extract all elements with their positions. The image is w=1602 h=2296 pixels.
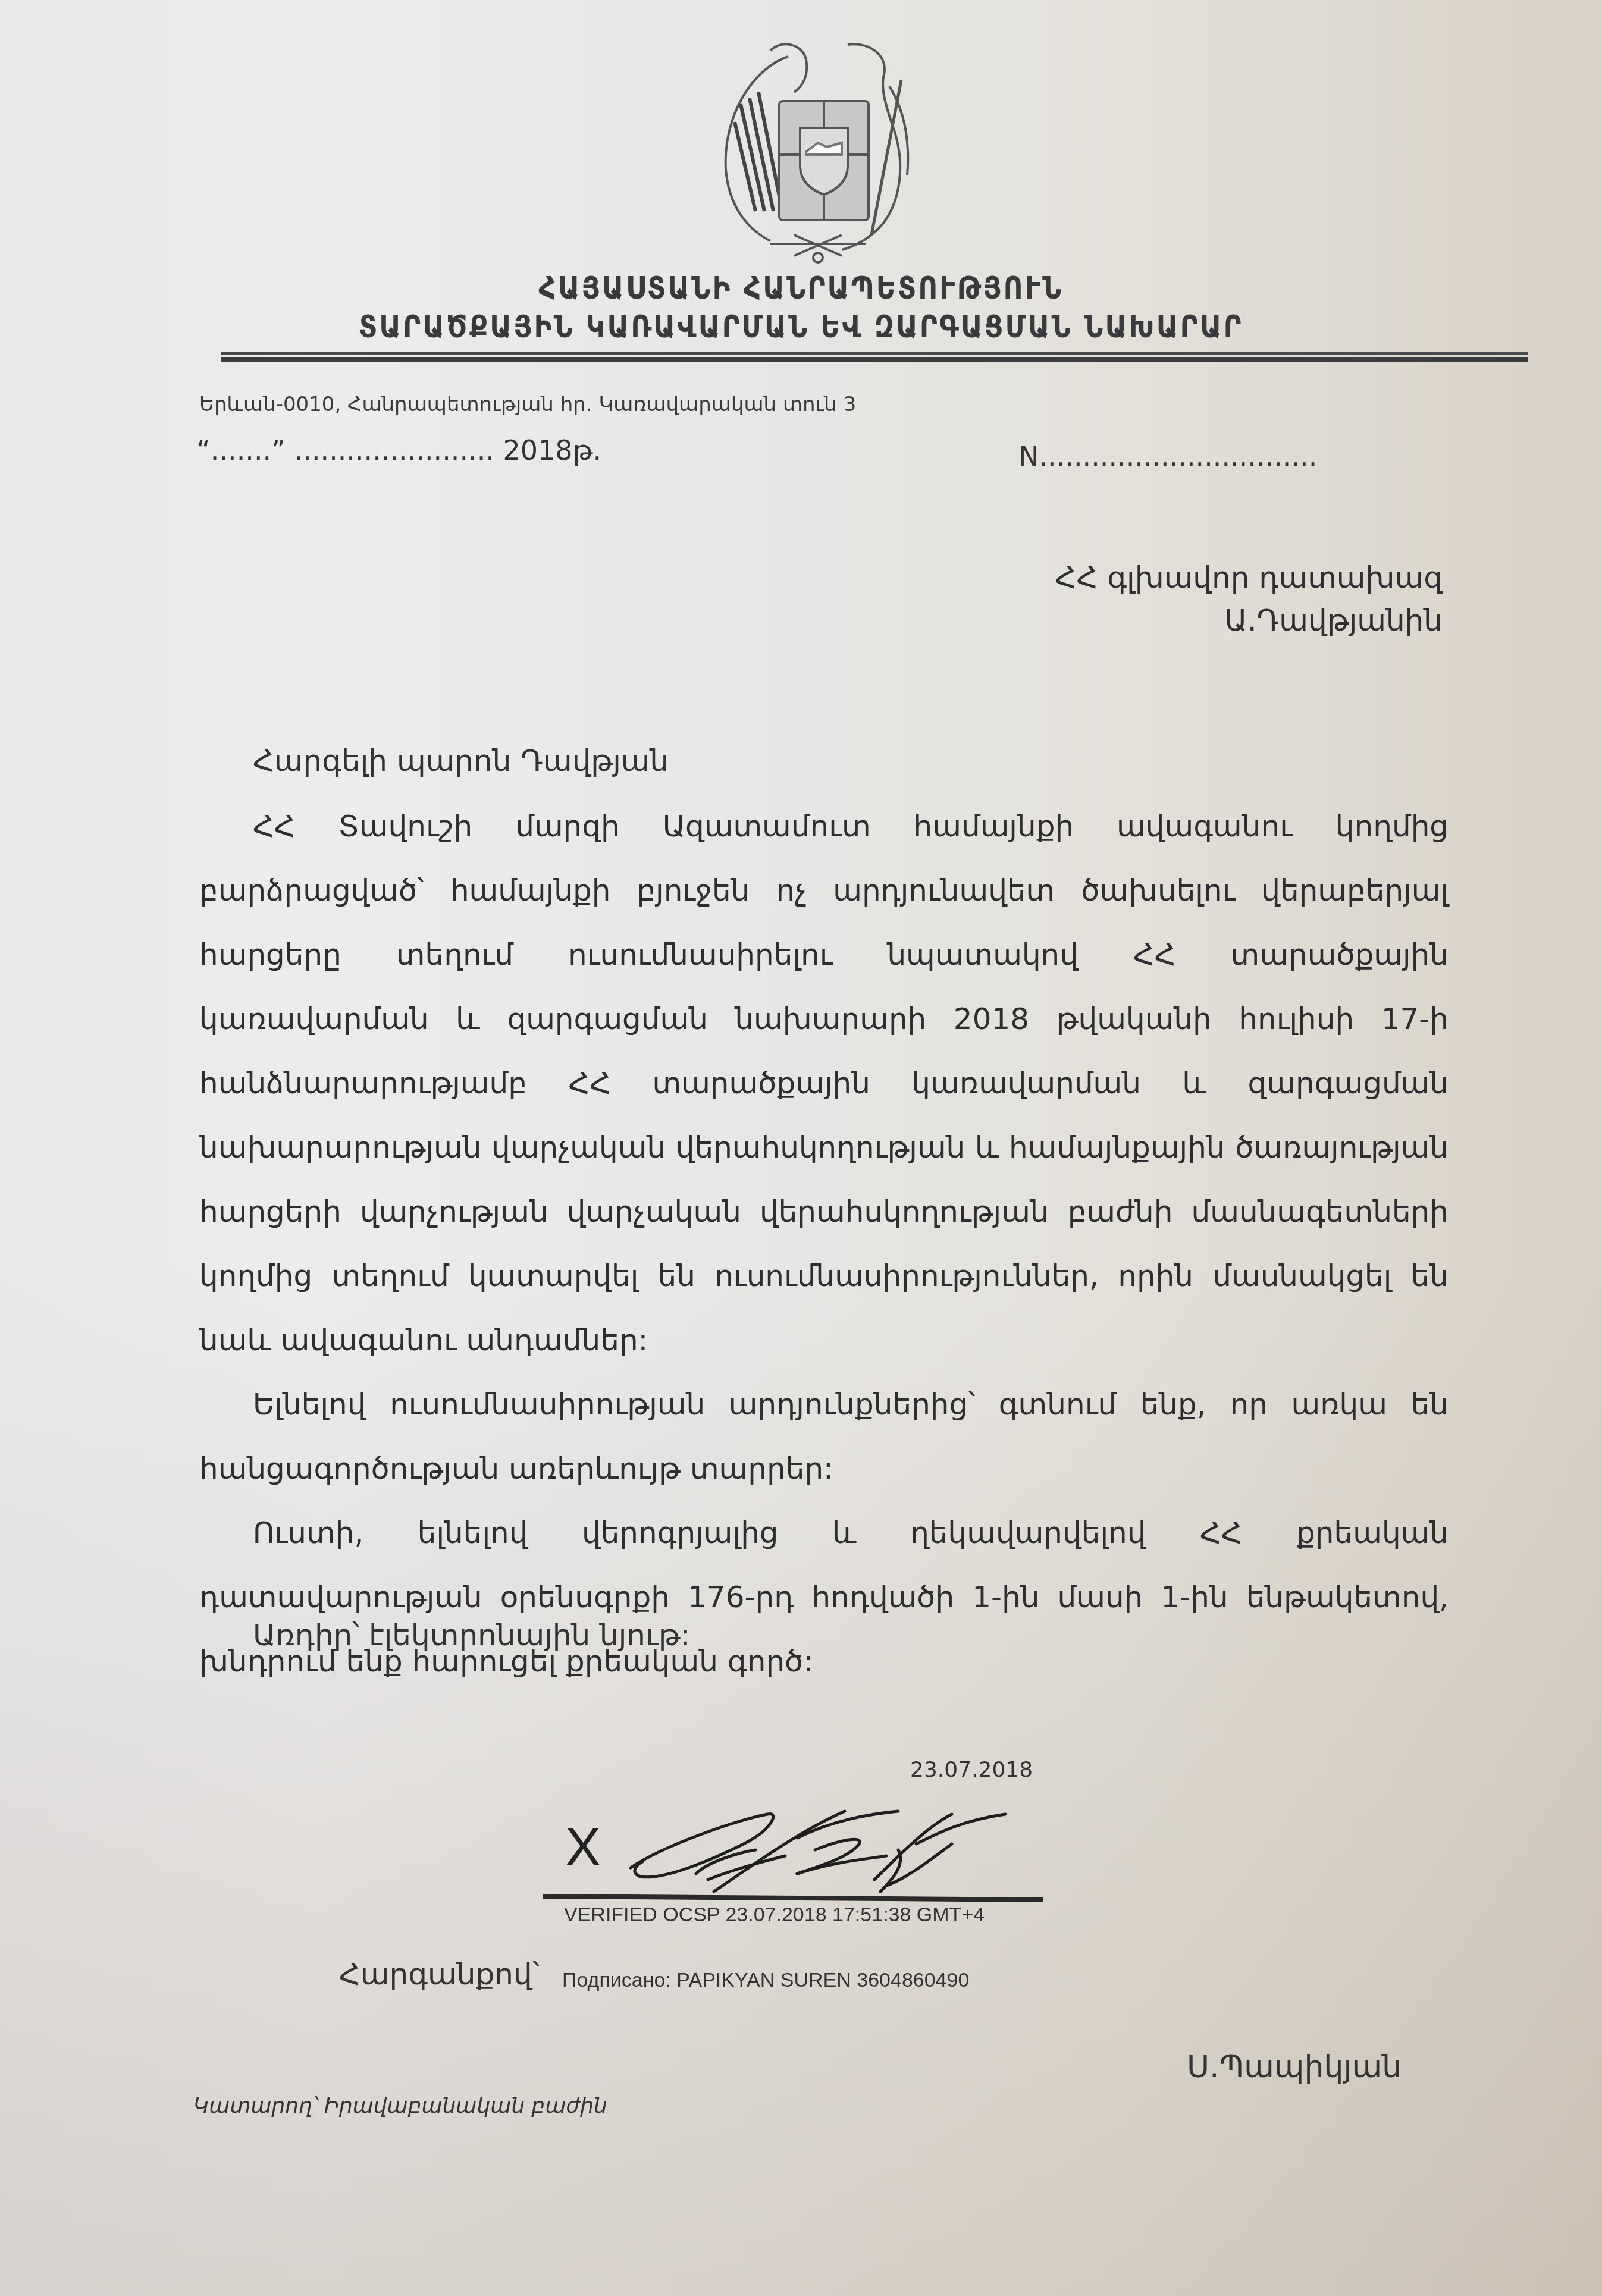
handwritten-signature-icon	[619, 1802, 1023, 1909]
recipient-block: ՀՀ գլխավոր դատախազ Ա.Դավթյանին	[1055, 556, 1443, 642]
signed-by: Подписано: PAPIKYAN SUREN 3604860490	[562, 1969, 969, 1992]
ocsp-verification: VERIFIED OCSP 23.07.2018 17:51:38 GMT+4	[564, 1903, 985, 1927]
signature-date: 23.07.2018	[910, 1758, 1033, 1782]
body-paragraph: Ուստի, ելնելով վերոգրյալից և ղեկավարվելո…	[199, 1501, 1449, 1693]
letterhead-country: ՀԱՅԱՍՏԱՆԻ ՀԱՆՐԱՊԵՏՈՒԹՅՈՒՆ	[112, 271, 1490, 306]
recipient-title: ՀՀ գլխավոր դատախազ	[1055, 556, 1443, 599]
closing-regards: Հարգանքով՝	[339, 1957, 540, 1991]
letterhead-divider	[221, 352, 1528, 362]
letter-body: ՀՀ Տավուշի մարզի Ազատամուտ համայնքի ավագ…	[199, 794, 1449, 1693]
body-paragraph: ՀՀ Տավուշի մարզի Ազատամուտ համայնքի ավագ…	[199, 794, 1449, 1372]
coat-of-arms-icon	[699, 33, 937, 265]
signer-name: Ս.Պապիկյան	[1187, 2049, 1402, 2085]
letterhead-ministry: ՏԱՐԱԾՔԱՅԻՆ ԿԱՌԱՎԱՐՄԱՆ ԵՎ ԶԱՐԳԱՑՄԱՆ ՆԱԽԱՐ…	[112, 309, 1490, 345]
signature-mark: X	[565, 1817, 601, 1878]
executor-note: Կատարող՝ Իրավաբանական բաժին	[193, 2094, 607, 2118]
letter-page: ՀԱՅԱՍՏԱՆԻ ՀԱՆՐԱՊԵՏՈՒԹՅՈՒՆ ՏԱՐԱԾՔԱՅԻՆ ԿԱՌ…	[0, 0, 1602, 2296]
salutation: Հարգելի պարոն Դավթյան	[253, 744, 669, 778]
outgoing-date-field: “.......” ....................... 2018թ.	[196, 434, 601, 466]
outgoing-number-field: N................................	[1018, 440, 1317, 472]
body-paragraph: Ելնելով ուսումնասիրության արդյունքներից՝…	[199, 1372, 1449, 1501]
recipient-name: Ա.Դավթյանին	[1055, 599, 1443, 642]
ministry-address: Երևան-0010, Հանրապետության հր. Կառավարակ…	[199, 393, 856, 416]
attachment-note: Առդիր՝ էլեկտրոնային նյութ:	[253, 1618, 690, 1652]
